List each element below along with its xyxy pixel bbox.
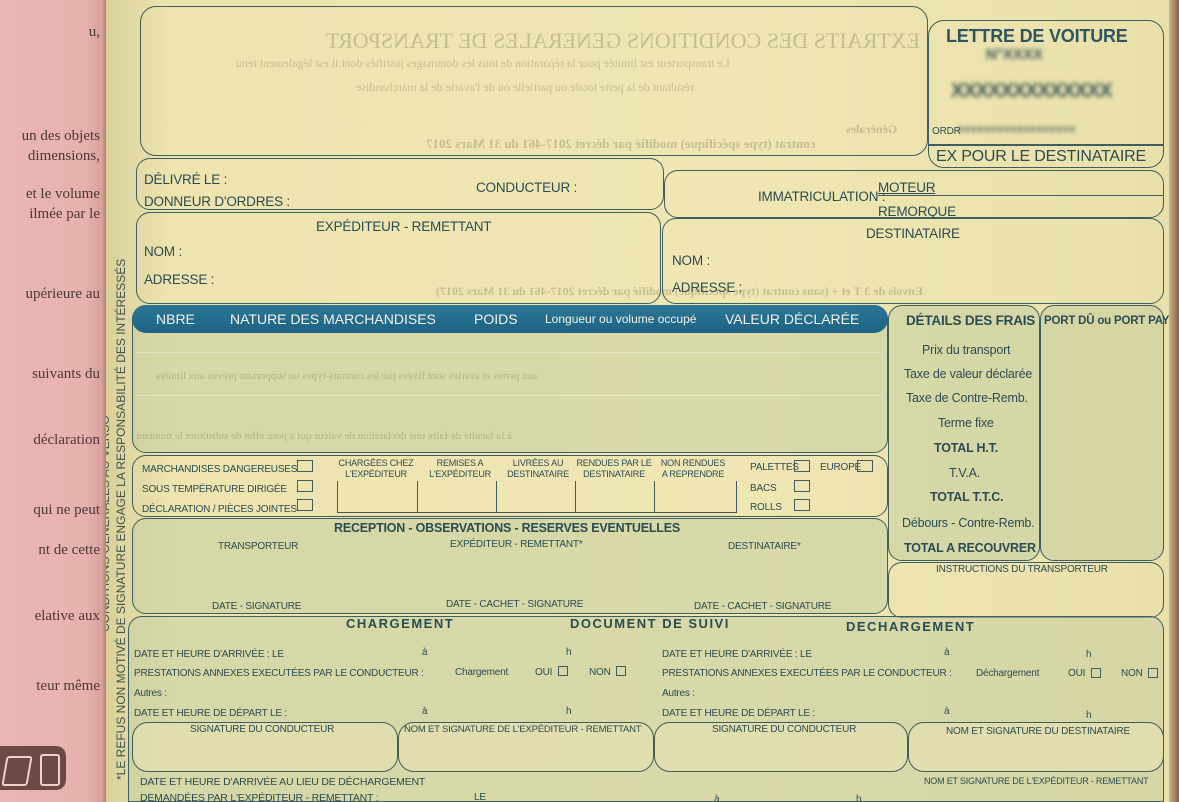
dangerous-goods-checkbox[interactable] xyxy=(297,460,313,472)
donor-label: DONNEUR D'ORDRES : xyxy=(144,194,290,209)
declaration-label: DÉCLARATION / PIÈCES JOINTES xyxy=(142,504,297,515)
page-text-line: qui ne peut xyxy=(33,502,100,519)
fees-title: DÉTAILS DES FRAIS xyxy=(906,313,1035,328)
loading-arrival-h: h xyxy=(566,647,571,658)
loading-departure-label: DATE ET HEURE DE DÉPART LE : xyxy=(134,708,287,719)
bins-checkbox[interactable] xyxy=(794,480,810,492)
page-text-line: u, xyxy=(89,24,100,41)
col-quantity: NBRE xyxy=(156,311,195,327)
unloading-services-label: PRESTATIONS ANNEXES EXECUTÉES PAR LE CON… xyxy=(662,668,952,679)
col-declared-value: VALEUR DÉCLARÉE xyxy=(725,311,859,327)
previous-page-edge: u, un des objets dimensions, et le volum… xyxy=(0,0,106,802)
temperature-label: SOUS TEMPÉRATURE DIRIGÉE xyxy=(142,484,287,495)
redacted-order: xxxxxxxxxxxxxxxxxx xyxy=(958,124,1076,135)
loading-no-label: NON xyxy=(589,667,611,678)
fee-fixed-term: Terme fixe xyxy=(938,416,994,430)
loading-departure-at: à xyxy=(422,706,427,717)
trailer-label: REMORQUE xyxy=(878,204,956,219)
loading-title: CHARGEMENT xyxy=(346,616,454,631)
ghost-line: Générales xyxy=(846,122,897,137)
unloading-departure-at: à xyxy=(944,706,949,717)
carrier-signature-label: DATE - SIGNATURE xyxy=(212,601,301,612)
footer-arrival-label: DATE ET HEURE D'ARRIVÉE AU LIEU DE DÉCHA… xyxy=(140,776,425,788)
reception-title: RECEPTION - OBSERVATIONS - RESERVES EVEN… xyxy=(334,521,680,535)
redacted-company: XXXXXXXXXXXXX xyxy=(951,80,1111,103)
footer-le: LE xyxy=(474,792,486,802)
divider xyxy=(928,144,1164,146)
sender-signature-label: DATE - CACHET - SIGNATURE xyxy=(446,599,583,610)
pkg-col-delivered: LIVRÉES AUDESTINATAIRE xyxy=(498,458,578,480)
loading-service-type: Chargement xyxy=(455,667,508,678)
col-volume: Longueur ou volume occupé xyxy=(545,312,696,326)
sender-signature-box-label: NOM ET SIGNATURE DE L'EXPÉDITEUR - REMET… xyxy=(404,724,641,735)
recipient-signature-label: DATE - CACHET - SIGNATURE xyxy=(694,601,831,612)
ghost-line: contrat (type spécifique) modifié par dé… xyxy=(426,136,815,152)
ghost-line: à la faculté de faire une déclaration de… xyxy=(136,430,512,442)
unloading-no-label: NON xyxy=(1121,668,1143,679)
unloading-yes-checkbox[interactable] xyxy=(1091,668,1101,678)
fee-disbursements: Débours - Contre-Remb. xyxy=(902,516,1034,530)
fee-transport-price: Prix du transport xyxy=(922,343,1010,357)
side-refusal-text: *LE REFUS NON MOTIVÉ DE SIGNATURE ENGAGE… xyxy=(114,259,128,780)
page-text-line: elative aux xyxy=(35,608,100,625)
recipient-signature-box-label: NOM ET SIGNATURE DU DESTINATAIRE xyxy=(946,726,1130,737)
loading-arrival-at: à xyxy=(422,647,427,658)
unloading-service-type: Déchargement xyxy=(976,668,1039,679)
document-to-trash-icon xyxy=(0,746,66,790)
port-box xyxy=(1040,305,1164,561)
pkg-divider xyxy=(417,481,418,513)
tracking-doc-title: DOCUMENT DE SUIVI xyxy=(570,616,730,631)
footer-h: h xyxy=(856,794,861,802)
page-text-line: teur même xyxy=(36,678,100,695)
loading-arrival-label: DATE ET HEURE D'ARRIVÉE : LE xyxy=(134,649,284,660)
bins-label: BACS xyxy=(750,483,776,494)
fee-vat: T.V.A. xyxy=(949,466,980,480)
declaration-checkbox[interactable] xyxy=(297,499,313,511)
page-text-line: et le volume xyxy=(26,186,100,203)
pkg-col-returned-recipient: RENDUES PAR LEDESTINATAIRE xyxy=(574,458,654,480)
page-text-line: upérieure au xyxy=(25,286,100,303)
goods-table-header: NBRE NATURE DES MARCHANDISES POIDS Longu… xyxy=(132,305,888,333)
footer-sender-signature-label: NOM ET SIGNATURE DE L'EXPÉDITEUR - REMET… xyxy=(924,776,1148,786)
redacted-number: N°XXXX xyxy=(986,46,1043,63)
footer-at: à xyxy=(714,794,719,802)
reception-sender: EXPÉDITEUR - REMETTANT* xyxy=(450,539,582,550)
ghost-line: aux pertes et avaries sont fixées par le… xyxy=(156,370,538,382)
europe-label: EUROPE xyxy=(820,462,861,473)
recipient-name-label: NOM : xyxy=(672,253,710,268)
footer-requested-label: DEMANDÉES PAR L'EXPÉDITEUR - REMETTANT : xyxy=(140,792,378,802)
ghost-line: Envois de 3 T et + (sans contrat (type s… xyxy=(436,284,923,299)
port-title: PORT DÛ ou PORT PAYÉ xyxy=(1044,315,1177,327)
engine-label: MOTEUR xyxy=(878,180,935,195)
unloading-departure-label: DATE ET HEURE DE DÉPART LE : xyxy=(662,708,815,719)
reception-recipient: DESTINATAIRE* xyxy=(728,541,801,552)
sender-title: EXPÉDITEUR - REMETTANT xyxy=(316,219,491,234)
form-title: LETTRE DE VOITURE xyxy=(946,26,1128,47)
pkg-divider xyxy=(736,481,737,513)
pkg-divider xyxy=(496,481,497,513)
loading-services-label: PRESTATIONS ANNEXES EXECUTÉES PAR LE CON… xyxy=(134,668,424,679)
loading-yes-checkbox[interactable] xyxy=(558,666,568,676)
instructions-title: INSTRUCTIONS DU TRANSPORTEUR xyxy=(936,564,1108,575)
ghost-line: résultant de la perte totale ou partiell… xyxy=(356,80,694,95)
fee-total-ttc: TOTAL T.T.C. xyxy=(930,490,1003,504)
driver-unloading-signature-label: SIGNATURE DU CONDUCTEUR xyxy=(712,724,856,735)
fee-total-ht: TOTAL H.T. xyxy=(934,441,998,455)
col-weight: POIDS xyxy=(474,311,518,327)
rolls-checkbox[interactable] xyxy=(794,499,810,511)
driver-label: CONDUCTEUR : xyxy=(476,180,577,195)
loading-no-checkbox[interactable] xyxy=(616,666,626,676)
fee-total-recover: TOTAL A RECOUVRER xyxy=(904,541,1036,555)
pkg-col-not-returned: NON RENDUESA REPRENDRE xyxy=(653,458,733,480)
page-edge-shadow xyxy=(1169,0,1179,802)
loading-yes-label: OUI xyxy=(535,667,552,678)
page-text-line: déclaration xyxy=(33,432,100,449)
unloading-arrival-at: à xyxy=(944,647,949,658)
delivered-label: DÉLIVRÉ LE : xyxy=(144,172,227,187)
unloading-title: DECHARGEMENT xyxy=(846,619,975,634)
sender-name-label: NOM : xyxy=(144,244,182,259)
unloading-others-label: Autres : xyxy=(662,688,695,699)
recipient-title: DESTINATAIRE xyxy=(866,226,960,241)
loading-departure-h: h xyxy=(566,706,571,717)
unloading-arrival-h: h xyxy=(1086,649,1091,660)
temperature-checkbox[interactable] xyxy=(297,480,313,492)
sender-address-label: ADRESSE : xyxy=(144,272,214,287)
row-line xyxy=(136,352,881,353)
rolls-label: ROLLS xyxy=(750,502,782,513)
engine-line xyxy=(878,195,1164,196)
page-text-line: dimensions, xyxy=(28,148,100,165)
pallets-label: PALETTES xyxy=(750,462,799,473)
side-conditions-text: CONDITIONS GÉNÉRALES AU VERSO xyxy=(106,415,112,632)
ghost-line: Le transporteur est limitée pour la répa… xyxy=(236,56,730,71)
pkg-baseline xyxy=(337,512,737,513)
page-text-line: un des objets xyxy=(22,128,100,145)
fee-declared-value-tax: Taxe de valeur déclarée xyxy=(904,367,1032,381)
page-text-line: nt de cette xyxy=(38,542,100,559)
unloading-no-checkbox[interactable] xyxy=(1148,668,1158,678)
row-line xyxy=(136,395,881,396)
order-label: ORDR xyxy=(932,126,961,137)
copy-label: EX POUR LE DESTINATAIRE xyxy=(936,148,1146,166)
pallets-checkbox[interactable] xyxy=(794,460,810,472)
pkg-divider xyxy=(337,481,338,513)
registration-label: IMMATRICULATION : xyxy=(758,189,885,204)
unloading-departure-h: h xyxy=(1086,710,1091,721)
driver-loading-signature-label: SIGNATURE DU CONDUCTEUR xyxy=(190,724,334,735)
fee-cod-tax: Taxe de Contre-Remb. xyxy=(906,391,1028,405)
col-goods-nature: NATURE DES MARCHANDISES xyxy=(230,311,436,327)
consignment-note-form: CONDITIONS GÉNÉRALES AU VERSO *LE REFUS … xyxy=(106,0,1179,802)
pkg-divider xyxy=(654,481,655,513)
dangerous-goods-label: MARCHANDISES DANGEREUSES xyxy=(142,464,297,475)
unloading-yes-label: OUI xyxy=(1068,668,1085,679)
reception-carrier: TRANSPORTEUR xyxy=(218,541,298,552)
pkg-col-returned-sender: REMISES AL'EXPÉDITEUR xyxy=(420,458,500,480)
europe-checkbox[interactable] xyxy=(857,460,873,472)
loading-others-label: Autres : xyxy=(134,688,167,699)
unloading-arrival-label: DATE ET HEURE D'ARRIVÉE : LE xyxy=(662,649,812,660)
pkg-divider xyxy=(575,481,576,513)
page-text-line: ilmée par le xyxy=(29,206,100,223)
ghost-title: EXTRAITS DES CONDITIONS GENERALES DE TRA… xyxy=(326,28,920,54)
page-text-line: suivants du xyxy=(32,366,100,383)
pkg-col-loaded: CHARGÉES CHEZL'EXPÉDITEUR xyxy=(336,458,416,480)
